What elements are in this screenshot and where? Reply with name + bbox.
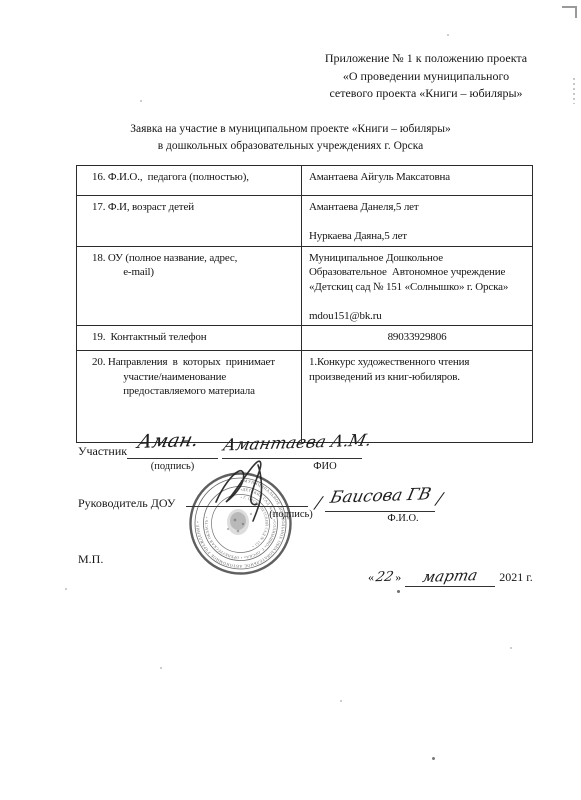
date-year-text: 2021 г. — [499, 570, 533, 585]
table-row: 19. Контактный телефон 89033929806 — [77, 326, 533, 351]
scan-speckle — [510, 647, 512, 649]
table-row: 18. ОУ (полное название, адрес, e-mail) … — [77, 246, 533, 326]
director-fio-handwriting: Баисова ГВ — [331, 486, 431, 505]
scanned-application-form: Приложение № 1 к положению проекта «О пр… — [0, 0, 581, 800]
participant-label: Участник — [78, 444, 127, 459]
scan-speckle — [432, 757, 435, 760]
participant-fio-handwriting: Амантаева А.М. — [224, 433, 371, 452]
scan-speckle — [160, 667, 162, 669]
director-label: Руководитель ДОУ — [78, 496, 175, 511]
application-table: 16. Ф.И.О., педагога (полностью), Аманта… — [76, 165, 533, 443]
slash-left: / — [316, 493, 321, 512]
date-close-quote: » — [395, 570, 401, 585]
scan-speckle — [140, 100, 142, 102]
participant-fio-label: ФИО — [295, 461, 355, 472]
scan-speckle — [340, 700, 342, 702]
table-row: 16. Ф.И.О., педагога (полностью), Аманта… — [77, 166, 533, 196]
row17-label: 17. Ф.И, возраст детей — [77, 196, 302, 247]
scan-speckle — [65, 588, 67, 590]
director-fio-line — [325, 511, 435, 512]
row18-value: Муниципальное Дошкольное Образовательное… — [302, 246, 533, 326]
participant-signature-line — [127, 458, 218, 459]
date-open-quote: « — [368, 570, 374, 585]
document-title-line2: в дошкольных образовательных учреждениях… — [40, 138, 541, 155]
scan-speckle — [447, 34, 449, 36]
slash-right: / — [437, 489, 442, 508]
row18-label: 18. ОУ (полное название, адрес, e-mail) — [77, 246, 302, 326]
appendix-header-line1: Приложение № 1 к положению проекта — [278, 50, 574, 68]
row19-label: 19. Контактный телефон — [77, 326, 302, 351]
appendix-header-line2: «О проведении муниципального — [278, 68, 574, 86]
row17-value: Амантаева Данеля,5 лет Нуркаева Даяна,5 … — [302, 196, 533, 247]
row16-label: 16. Ф.И.О., педагога (полностью), — [77, 166, 302, 196]
document-title-line1: Заявка на участие в муниципальном проект… — [40, 121, 541, 138]
document-title: Заявка на участие в муниципальном проект… — [40, 121, 541, 154]
date-line: « 22 » марта 2021 г. — [368, 567, 533, 587]
scan-corner-mark — [562, 6, 577, 18]
row16-value: Амантаева Айгуль Максатовна — [302, 166, 533, 196]
scan-speckle — [397, 590, 400, 593]
appendix-header: Приложение № 1 к положению проекта «О пр… — [278, 50, 574, 103]
row19-value: 89033929806 — [302, 326, 533, 351]
participant-signature-handwriting: Аман. — [138, 430, 198, 452]
stamp-place-label: М.П. — [78, 552, 103, 567]
appendix-header-line3: сетевого проекта «Книги – юбиляры» — [278, 85, 574, 103]
table-row: 20. Направления в которых принимает учас… — [77, 351, 533, 443]
date-month-handwriting: марта — [405, 567, 495, 587]
row20-value: 1.Конкурс художественного чтения произве… — [302, 351, 533, 443]
date-day-handwriting: 22 — [376, 569, 393, 585]
table-row: 17. Ф.И, возраст детей Амантаева Данеля,… — [77, 196, 533, 247]
director-fio-label: Ф.И.О. — [373, 513, 433, 524]
